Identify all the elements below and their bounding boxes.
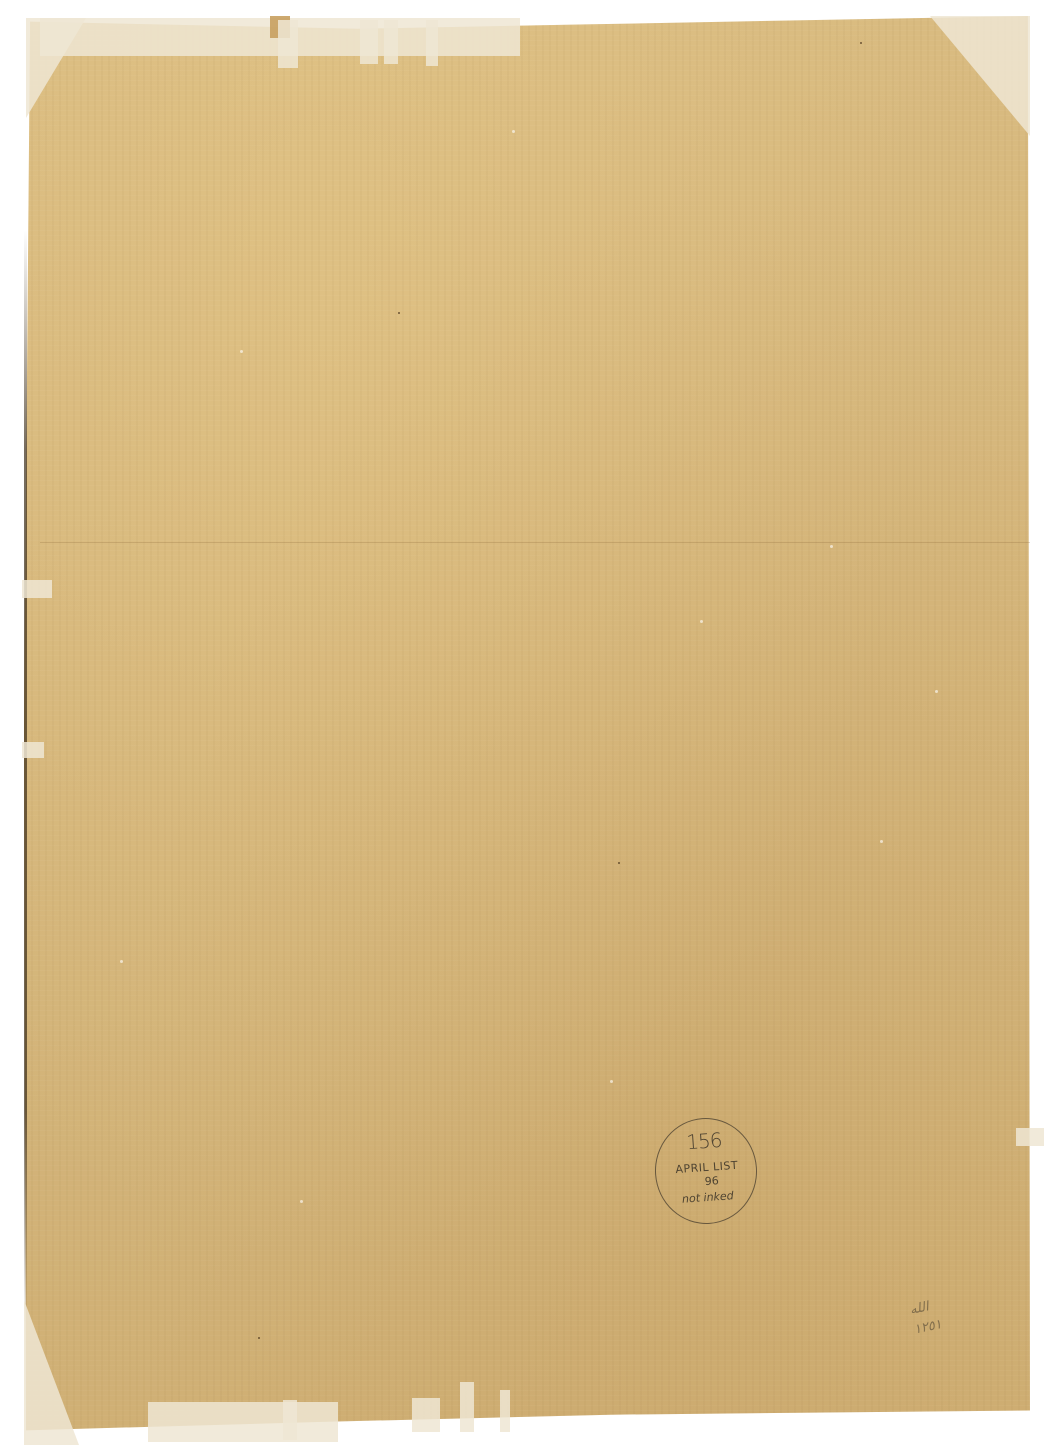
paper-fleck [880,840,883,843]
sheet-left-edge-shadow [24,230,27,1330]
paper-fleck [512,130,515,133]
tape-left-edge [22,580,52,598]
paper-dark-spot [860,42,862,44]
tape-strip-bottom [460,1382,474,1432]
paper-fleck [120,960,123,963]
horizontal-fold-line [40,542,1030,543]
paper-fleck [300,1200,303,1203]
tape-right-edge [1016,1128,1044,1146]
tape-band-bottom [148,1402,338,1442]
tape-strip-bottom [283,1400,297,1440]
paper-fleck [700,620,703,623]
tape-strip-bottom [412,1398,440,1432]
paper-sheet [24,16,1034,1436]
tape-strip-top [278,20,298,68]
paper-fleck [830,545,833,548]
paper-fleck [610,1080,613,1083]
paper-dark-spot [258,1337,260,1339]
tape-strip-top [384,20,398,64]
paper-fleck [240,350,243,353]
paper-dark-spot [618,862,620,864]
paper-fleck [935,690,938,693]
tape-left-edge [22,742,44,758]
paper-dark-spot [398,312,400,314]
inventory-status: not inked [658,1187,759,1207]
tape-strip-top [360,20,378,64]
tape-strip-top [426,20,438,66]
tape-strip-bottom [500,1390,510,1432]
